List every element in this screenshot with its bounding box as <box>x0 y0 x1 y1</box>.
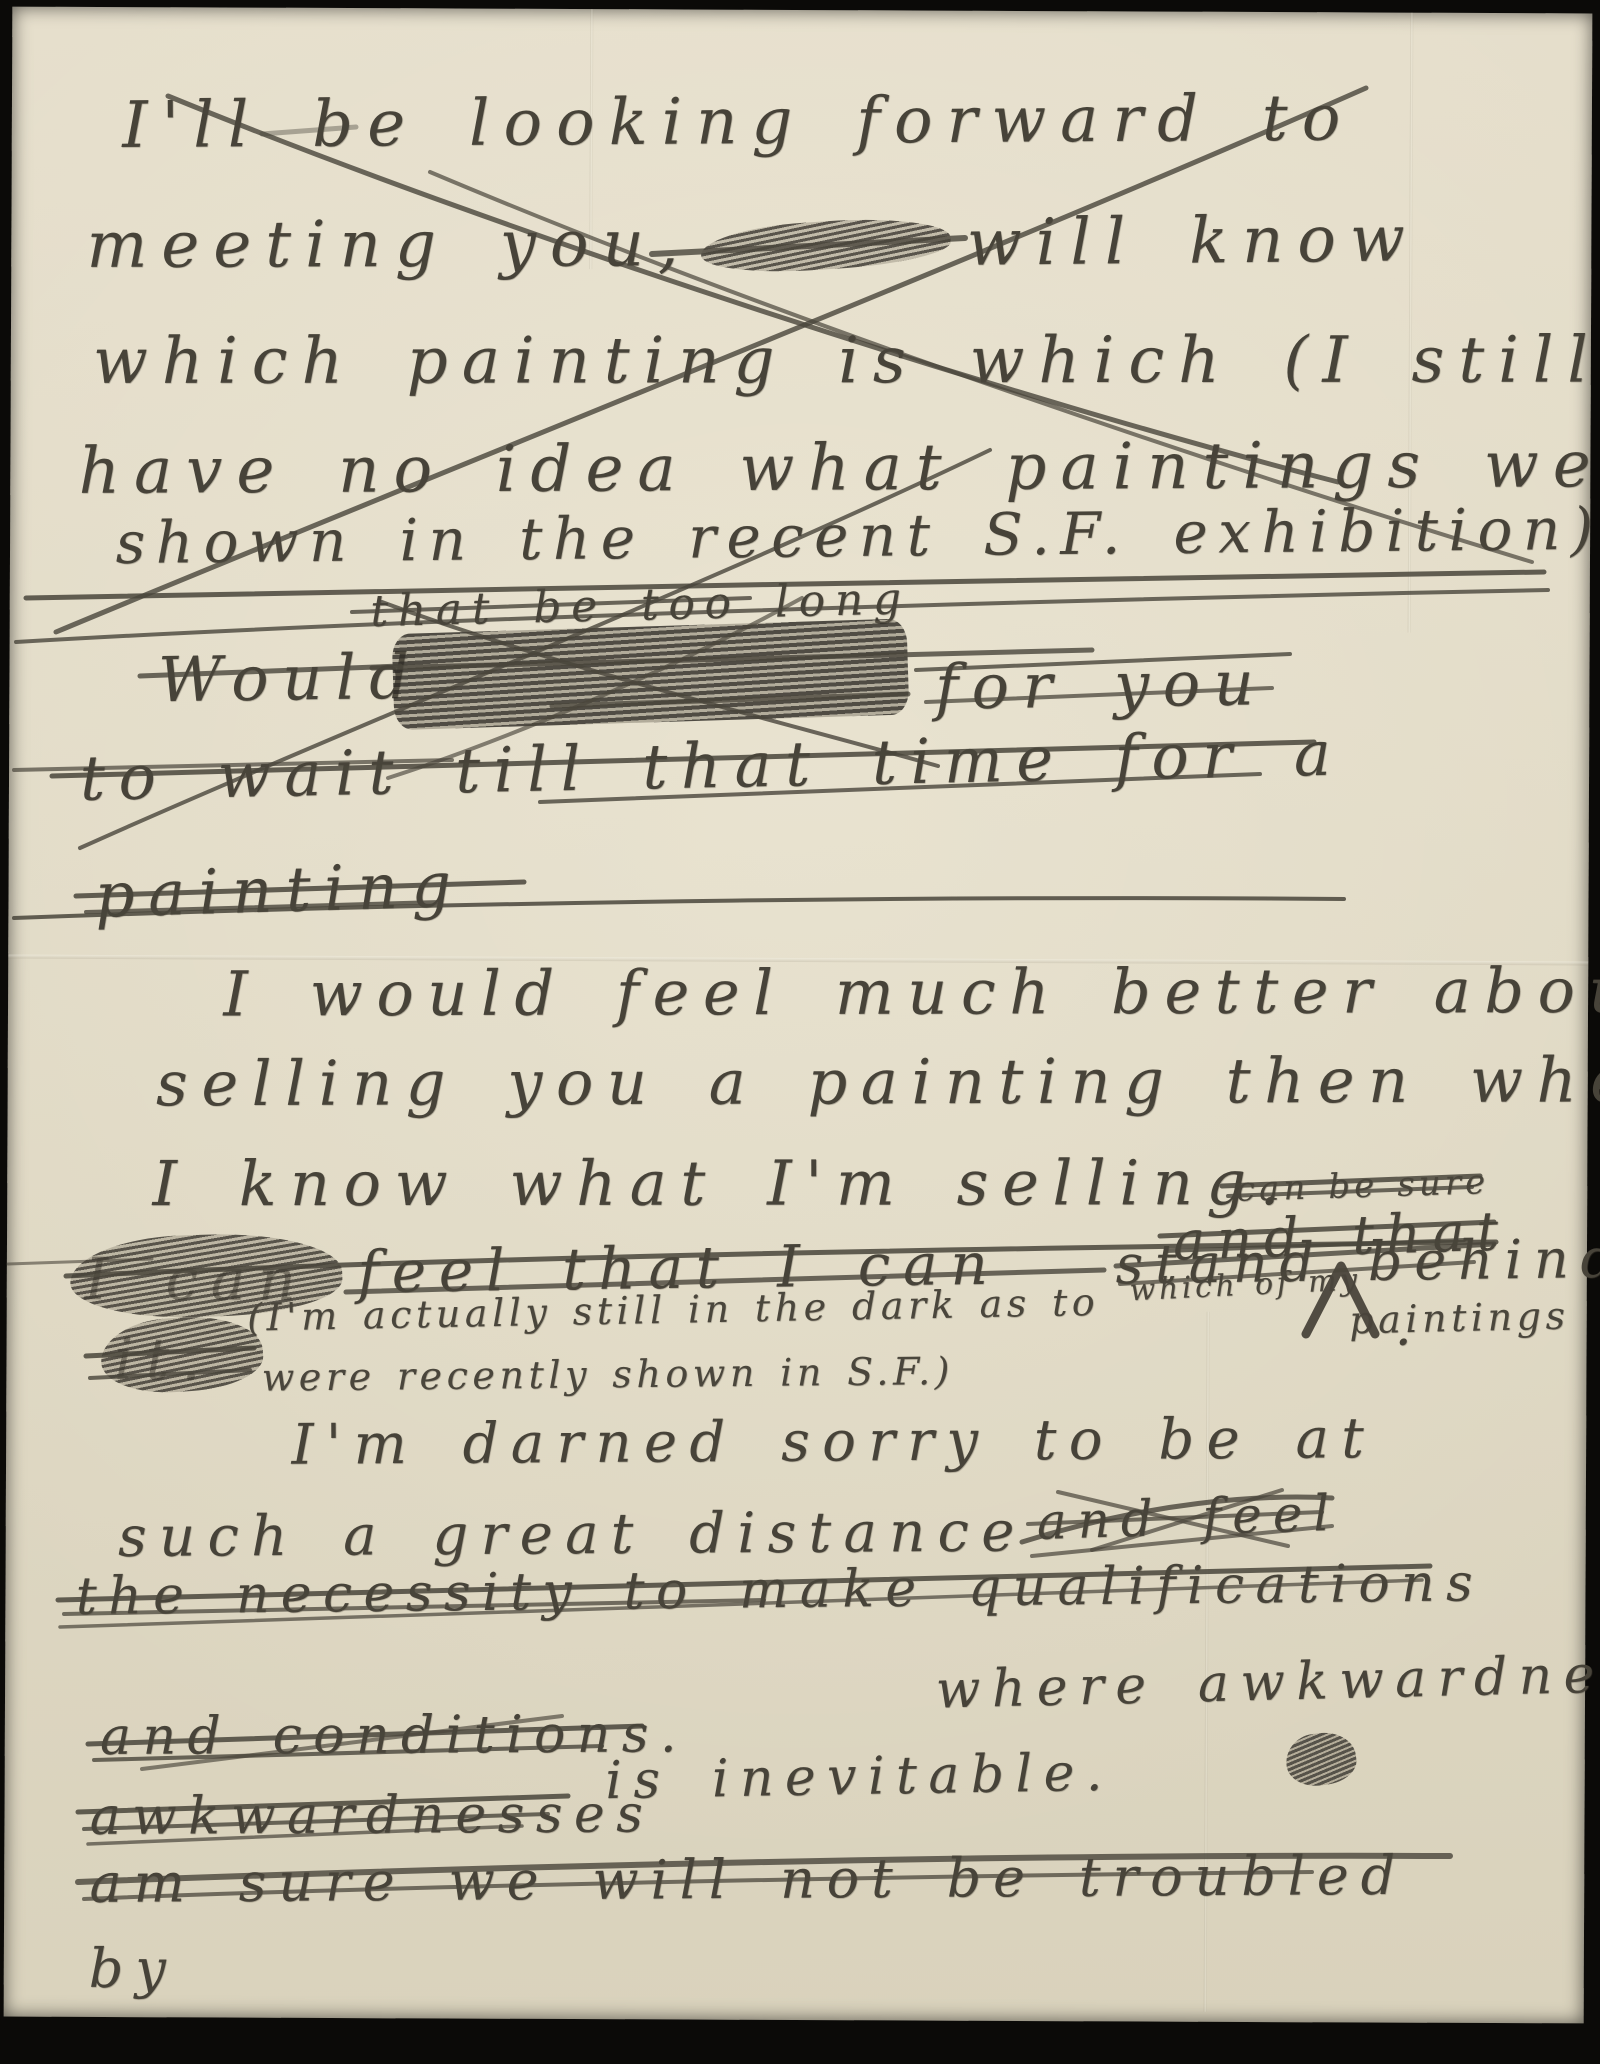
p2-would: Would <box>158 640 423 716</box>
scribbled-out-word <box>699 213 952 277</box>
p1-line5: shown in the recent S.F. exhibition) <box>115 495 1600 577</box>
p4-deleted-awkwardnesses: awkwardnesses <box>90 1784 655 1846</box>
insert-note-line2: were recently shown in S.F.) <box>262 1349 955 1400</box>
scribbled-out-word <box>1283 1729 1359 1790</box>
p2-for-you: for you <box>935 646 1268 723</box>
insert-note-line1-end: paintings <box>1349 1294 1570 1343</box>
p4-where-awkwardness: where awkwardness <box>935 1643 1600 1721</box>
p1-line2-end: will know <box>967 202 1420 280</box>
p4-deleted-line6: am sure we will not be troubled <box>89 1844 1407 1915</box>
scribbled-out-phrase <box>392 618 910 730</box>
p2-line2: to wait till that time for a <box>79 716 1345 814</box>
p3-line2: selling you a painting then when <box>156 1043 1600 1120</box>
p1-line1: I'll be looking forward to <box>122 82 1355 164</box>
p4-is-inevitable: is inevitable. <box>605 1743 1114 1811</box>
p4-by: by <box>89 1937 178 2000</box>
p4-deleted-and-feel: and feel <box>1036 1484 1341 1551</box>
p2-line3: painting <box>94 848 466 932</box>
p4-deleted-and-conditions: and conditions. <box>100 1704 688 1767</box>
letter-paper: I'll be looking forward to meeting you, … <box>4 7 1593 2024</box>
p4-deleted-line3: the necessity to make qualifications <box>76 1553 1485 1627</box>
scanned-letter-page: I'll be looking forward to meeting you, … <box>0 0 1600 2064</box>
p1-line2-start: meeting you, <box>87 207 693 283</box>
p4-line1: I'm darned sorry to be at <box>291 1406 1376 1478</box>
p3-line1: I would feel much better about <box>223 954 1600 1031</box>
p3-line3: I know what I'm selling. <box>152 1146 1293 1220</box>
p1-line3: which painting is which (I still <box>93 324 1600 399</box>
